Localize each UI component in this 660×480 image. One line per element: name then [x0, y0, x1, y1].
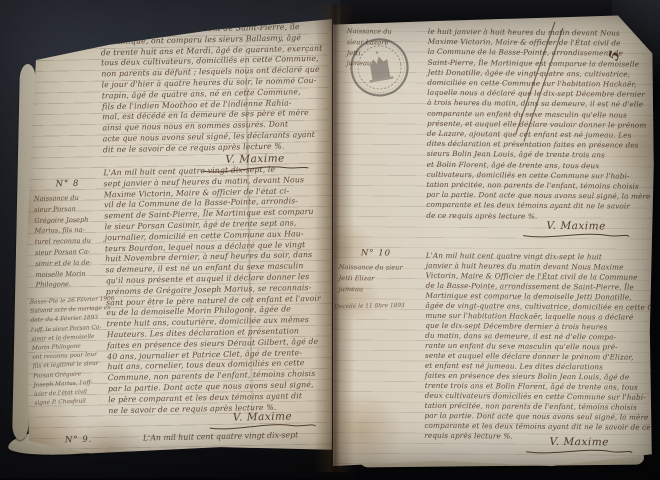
- right-page: 5 Naissance dusieur LazareJetti.jumeau l…: [333, 10, 655, 468]
- officer-signature: V. Maxime: [516, 214, 636, 241]
- margin-line: Jetti Elizar: [339, 273, 421, 285]
- act10-margin-title: Naissance du sieurJetti Elizarjumeau: [339, 262, 421, 295]
- officer-signature: V. Maxime: [202, 404, 323, 433]
- act10-margin-annotation: Décédé le 11 8bre 1893: [334, 302, 420, 313]
- act8-margin-title: Naissance dusieur PorsanGrégoire JosephM…: [34, 192, 106, 291]
- margin-line: Naissance du sieur: [339, 262, 421, 274]
- act10-body: L'An mil huit cent quatre vingt dix-sept…: [424, 251, 648, 443]
- signature-text: V. Maxime: [233, 410, 293, 423]
- act9-first-line: L'An mil huit cent quatre vingt dix-sept: [143, 430, 298, 442]
- act8-margin-annotation: Basse-Pte le 26 Février 1906Suivant acte…: [30, 295, 113, 409]
- register-photo: Basse-Pointe, arrondissement de Saint-Pi…: [0, 0, 660, 480]
- act9-body: le huit janvier à huit heures du matin d…: [426, 27, 650, 223]
- officer-signature: V. Maxime: [519, 430, 639, 457]
- act-number-8: N° 8: [56, 179, 80, 189]
- margin-line: jumeau: [339, 284, 421, 296]
- signature-text: V. Maxime: [549, 436, 608, 449]
- act-number-10: N° 10: [361, 248, 391, 258]
- act-number-9: N° 9.: [65, 435, 93, 446]
- signature-text: V. Maxime: [546, 220, 605, 233]
- official-round-stamp-icon: [344, 32, 415, 103]
- left-page: Basse-Pointe, arrondissement de Saint-Pi…: [22, 12, 332, 456]
- margin-note-line: Décédé le 11 8bre 1893: [334, 302, 420, 313]
- act8-body: L'An mil huit cent quatre vingt dix-sept…: [103, 164, 336, 417]
- margin-line: Philogone.: [36, 279, 106, 291]
- prev-act-body: Basse-Pointe, arrondissement de Saint-Pi…: [100, 22, 331, 156]
